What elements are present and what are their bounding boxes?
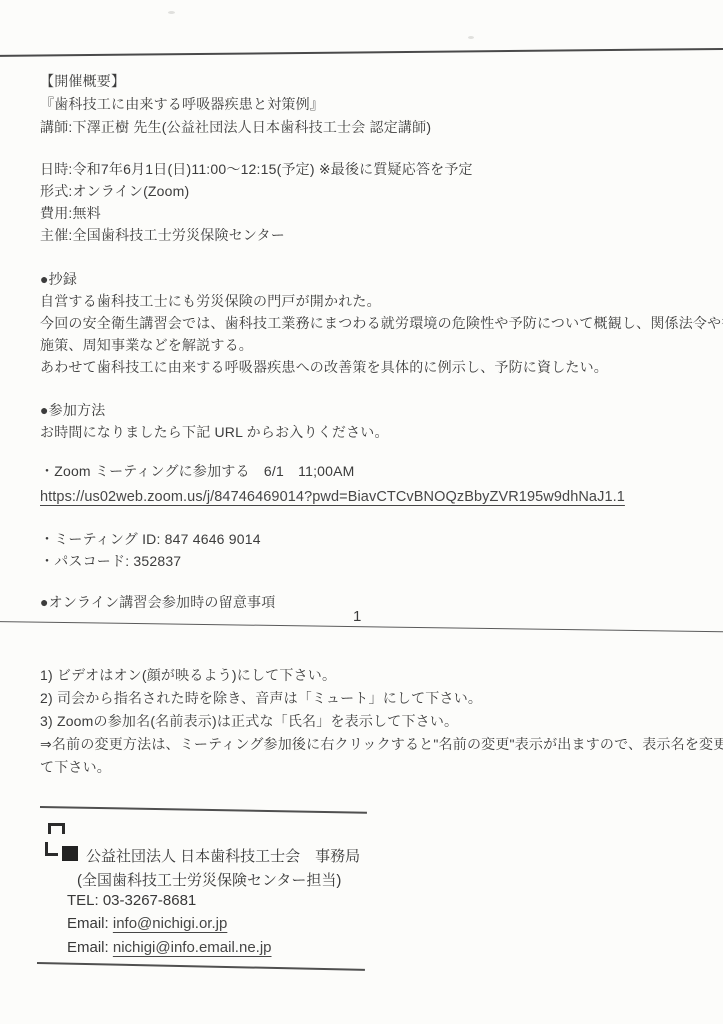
email-link-nichigi-or-jp[interactable]: info@nichigi.or.jp xyxy=(113,915,227,932)
note-item-1: 1) ビデオはオン(顔が映るよう)にして下さい。 xyxy=(40,664,723,687)
email-line-2: Email: nichigi@info.email.ne.jp xyxy=(67,939,272,956)
footer-rule-bottom xyxy=(37,962,365,970)
note-item-3: 3) Zoomの参加名(名前表示)は正式な「氏名」を表示して下さい。 xyxy=(40,710,723,733)
fee-line: 費用:無料 xyxy=(40,202,473,224)
note-item-4: ⇒名前の変更方法は、ミーティング参加後に右クリックすると"名前の変更"表示が出ま… xyxy=(40,733,723,756)
abstract-line: 今回の安全衛生講習会では、歯科技工業務にまつわる就労環境の危険性や予防について概… xyxy=(40,312,723,334)
org-dept-line: (全国歯科技工士労災保険センター担当) xyxy=(77,869,341,890)
email-link-info-email-ne-jp[interactable]: nichigi@info.email.ne.jp xyxy=(113,939,272,956)
note-item-2: 2) 司会から指名された時を除き、音声は「ミュート」にして下さい。 xyxy=(40,687,723,710)
email-label: Email: xyxy=(67,939,109,956)
organizer-line: 主催:全国歯科技工士労災保険センター xyxy=(40,224,473,246)
logo-bracket-left xyxy=(45,842,58,856)
page-divider-line xyxy=(0,621,723,633)
scan-edge-line xyxy=(0,48,723,57)
lecturer-line: 講師:下澤正樹 先生(公益社団法人日本歯科技工士会 認定講師) xyxy=(40,116,431,139)
notes-section: 1) ビデオはオン(顔が映るよう)にして下さい。 2) 司会から指名された時を除… xyxy=(40,664,723,779)
seminar-title: 『歯科技工に由来する呼吸器疾患と対策例』 xyxy=(40,93,431,116)
scanned-document-page: 【開催概要】 『歯科技工に由来する呼吸器疾患と対策例』 講師:下澤正樹 先生(公… xyxy=(0,0,723,1024)
notes-heading-section: ●オンライン講習会参加時の留意事項 xyxy=(40,591,275,613)
abstract-section: ●抄録 自営する歯科技工士にも労災保険の門戸が開かれた。 今回の安全衛生講習会で… xyxy=(40,268,723,378)
notes-heading: ●オンライン講習会参加時の留意事項 xyxy=(40,591,275,613)
scan-artifact xyxy=(468,36,474,39)
logo-square xyxy=(62,846,78,861)
meeting-credentials-section: ・ミーティング ID: 847 4646 9014 ・パスコード: 352837 xyxy=(40,528,261,572)
passcode-line: ・パスコード: 352837 xyxy=(40,550,261,572)
participation-section: ●参加方法 お時間になりましたら下記 URL からお入りください。 xyxy=(40,399,389,443)
meeting-id-line: ・ミーティング ID: 847 4646 9014 xyxy=(40,528,261,550)
abstract-line: 自営する歯科技工士にも労災保険の門戸が開かれた。 xyxy=(40,290,723,312)
footer-rule-top xyxy=(40,806,367,813)
participation-heading: ●参加方法 xyxy=(40,399,389,421)
scan-artifact xyxy=(168,11,175,14)
page-number: 1 xyxy=(353,608,361,625)
abstract-line: 施策、周知事業などを解説する。 xyxy=(40,334,723,356)
tel-line: TEL: 03-3267-8681 xyxy=(67,892,196,909)
abstract-heading: ●抄録 xyxy=(40,268,723,290)
participation-instruction: お時間になりましたら下記 URL からお入りください。 xyxy=(40,421,389,443)
org-name-line: 公益社団法人 日本歯科技工士会 事務局 xyxy=(86,845,360,866)
email-label: Email: xyxy=(67,915,109,932)
overview-section: 【開催概要】 『歯科技工に由来する呼吸器疾患と対策例』 講師:下澤正樹 先生(公… xyxy=(40,70,431,139)
event-details-section: 日時:令和7年6月1日(日)11:00〜12:15(予定) ※最後に質疑応答を予… xyxy=(40,158,473,246)
schedule-line: 日時:令和7年6月1日(日)11:00〜12:15(予定) ※最後に質疑応答を予… xyxy=(40,158,473,180)
zoom-link-section: ・Zoom ミーティングに参加する 6/1 11;00AM https://us… xyxy=(40,459,625,510)
overview-heading: 【開催概要】 xyxy=(40,70,431,93)
email-line-1: Email: info@nichigi.or.jp xyxy=(67,915,227,932)
abstract-line: あわせて歯科技工に由来する呼吸器疾患への改善策を具体的に例示し、予防に資したい。 xyxy=(40,356,723,378)
zoom-meeting-url-link[interactable]: https://us02web.zoom.us/j/84746469014?pw… xyxy=(40,489,625,505)
format-line: 形式:オンライン(Zoom) xyxy=(40,180,473,202)
logo-bracket-top xyxy=(48,823,65,834)
zoom-join-line: ・Zoom ミーティングに参加する 6/1 11;00AM xyxy=(40,459,625,484)
note-item-4-continued: て下さい。 xyxy=(40,756,723,779)
